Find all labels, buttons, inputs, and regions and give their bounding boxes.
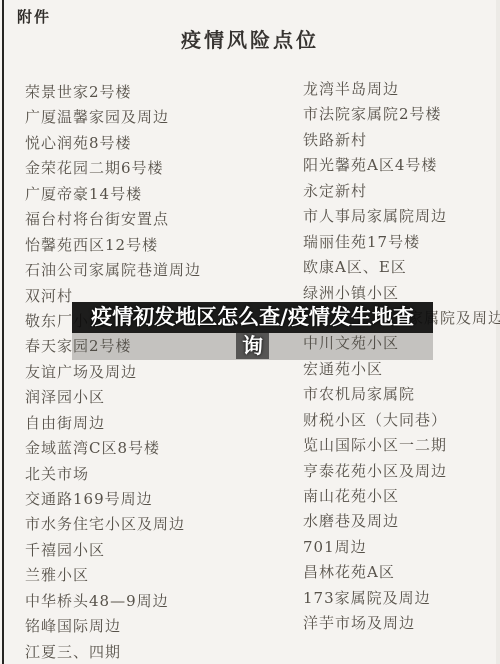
list-item: 财税小区（大同巷） (303, 408, 500, 433)
list-item: 铁路新村 (303, 128, 500, 153)
watermark-caption-line1: 疫情初发地区怎么查/疫情发生地查 (72, 302, 433, 333)
list-item: 广厦温馨家园及周边 (25, 105, 201, 130)
list-item: 荣景世家2号楼 (25, 80, 201, 105)
list-item: 广厦帝豪14号楼 (25, 182, 201, 207)
list-item: 欧康A区、E区 (303, 255, 500, 280)
list-item: 北关市场 (25, 462, 201, 487)
list-item: 701周边 (303, 535, 500, 560)
list-item: 亨泰花苑小区及周边 (303, 459, 500, 484)
list-item: 市人事局家属院周边 (303, 204, 500, 229)
list-item: 金荣花园二期6号楼 (25, 156, 201, 181)
list-item: 福台村将台街安置点 (25, 207, 201, 232)
watermark-caption: 疫情初发地区怎么查/疫情发生地查 询 (72, 302, 433, 360)
list-item: 瑞丽佳苑17号楼 (303, 230, 500, 255)
left-edge-line (2, 0, 4, 664)
list-item: 铭峰国际周边 (25, 614, 201, 639)
risk-list-left-column: 荣景世家2号楼广厦温馨家园及周边悦心润苑8号楼金荣花园二期6号楼广厦帝豪14号楼… (25, 80, 201, 664)
list-item: 交通路169号周边 (25, 487, 201, 512)
watermark-caption-line2: 询 (72, 333, 433, 360)
list-item: 石油公司家属院巷道周边 (25, 258, 201, 283)
list-item: 阳光馨苑A区4号楼 (303, 153, 500, 178)
list-item: 自由街周边 (25, 411, 201, 436)
watermark-caption-line2-text: 询 (236, 333, 269, 359)
list-item: 览山国际小区一二期 (303, 433, 500, 458)
list-item: 江夏三、四期 (25, 640, 201, 664)
list-item: 龙湾半岛周边 (303, 77, 500, 102)
page-title: 疫情风险点位 (0, 24, 500, 53)
list-item: 市法院家属院2号楼 (303, 102, 500, 127)
list-item: 市水务住宅小区及周边 (25, 512, 201, 537)
list-item: 宏通苑小区 (303, 357, 500, 382)
list-item: 润泽园小区 (25, 385, 201, 410)
document-page: 附件 疫情风险点位 荣景世家2号楼广厦温馨家园及周边悦心润苑8号楼金荣花园二期6… (0, 0, 500, 664)
list-item: 悦心润苑8号楼 (25, 131, 201, 156)
list-item: 千禧园小区 (25, 538, 201, 563)
list-item: 水磨巷及周边 (303, 509, 500, 534)
list-item: 金域蓝湾C区8号楼 (25, 436, 201, 461)
list-item: 洋芋市场及周边 (303, 611, 500, 636)
list-item: 173家属院及周边 (303, 586, 500, 611)
list-item: 永定新村 (303, 179, 500, 204)
list-item: 怡馨苑西区12号楼 (25, 233, 201, 258)
list-item: 市农机局家属院 (303, 382, 500, 407)
list-item: 兰雅小区 (25, 563, 201, 588)
list-item: 友谊广场及周边 (25, 360, 201, 385)
list-item: 南山花苑小区 (303, 484, 500, 509)
list-item: 昌林花苑A区 (303, 560, 500, 585)
list-item: 中华桥头48—9周边 (25, 589, 201, 614)
